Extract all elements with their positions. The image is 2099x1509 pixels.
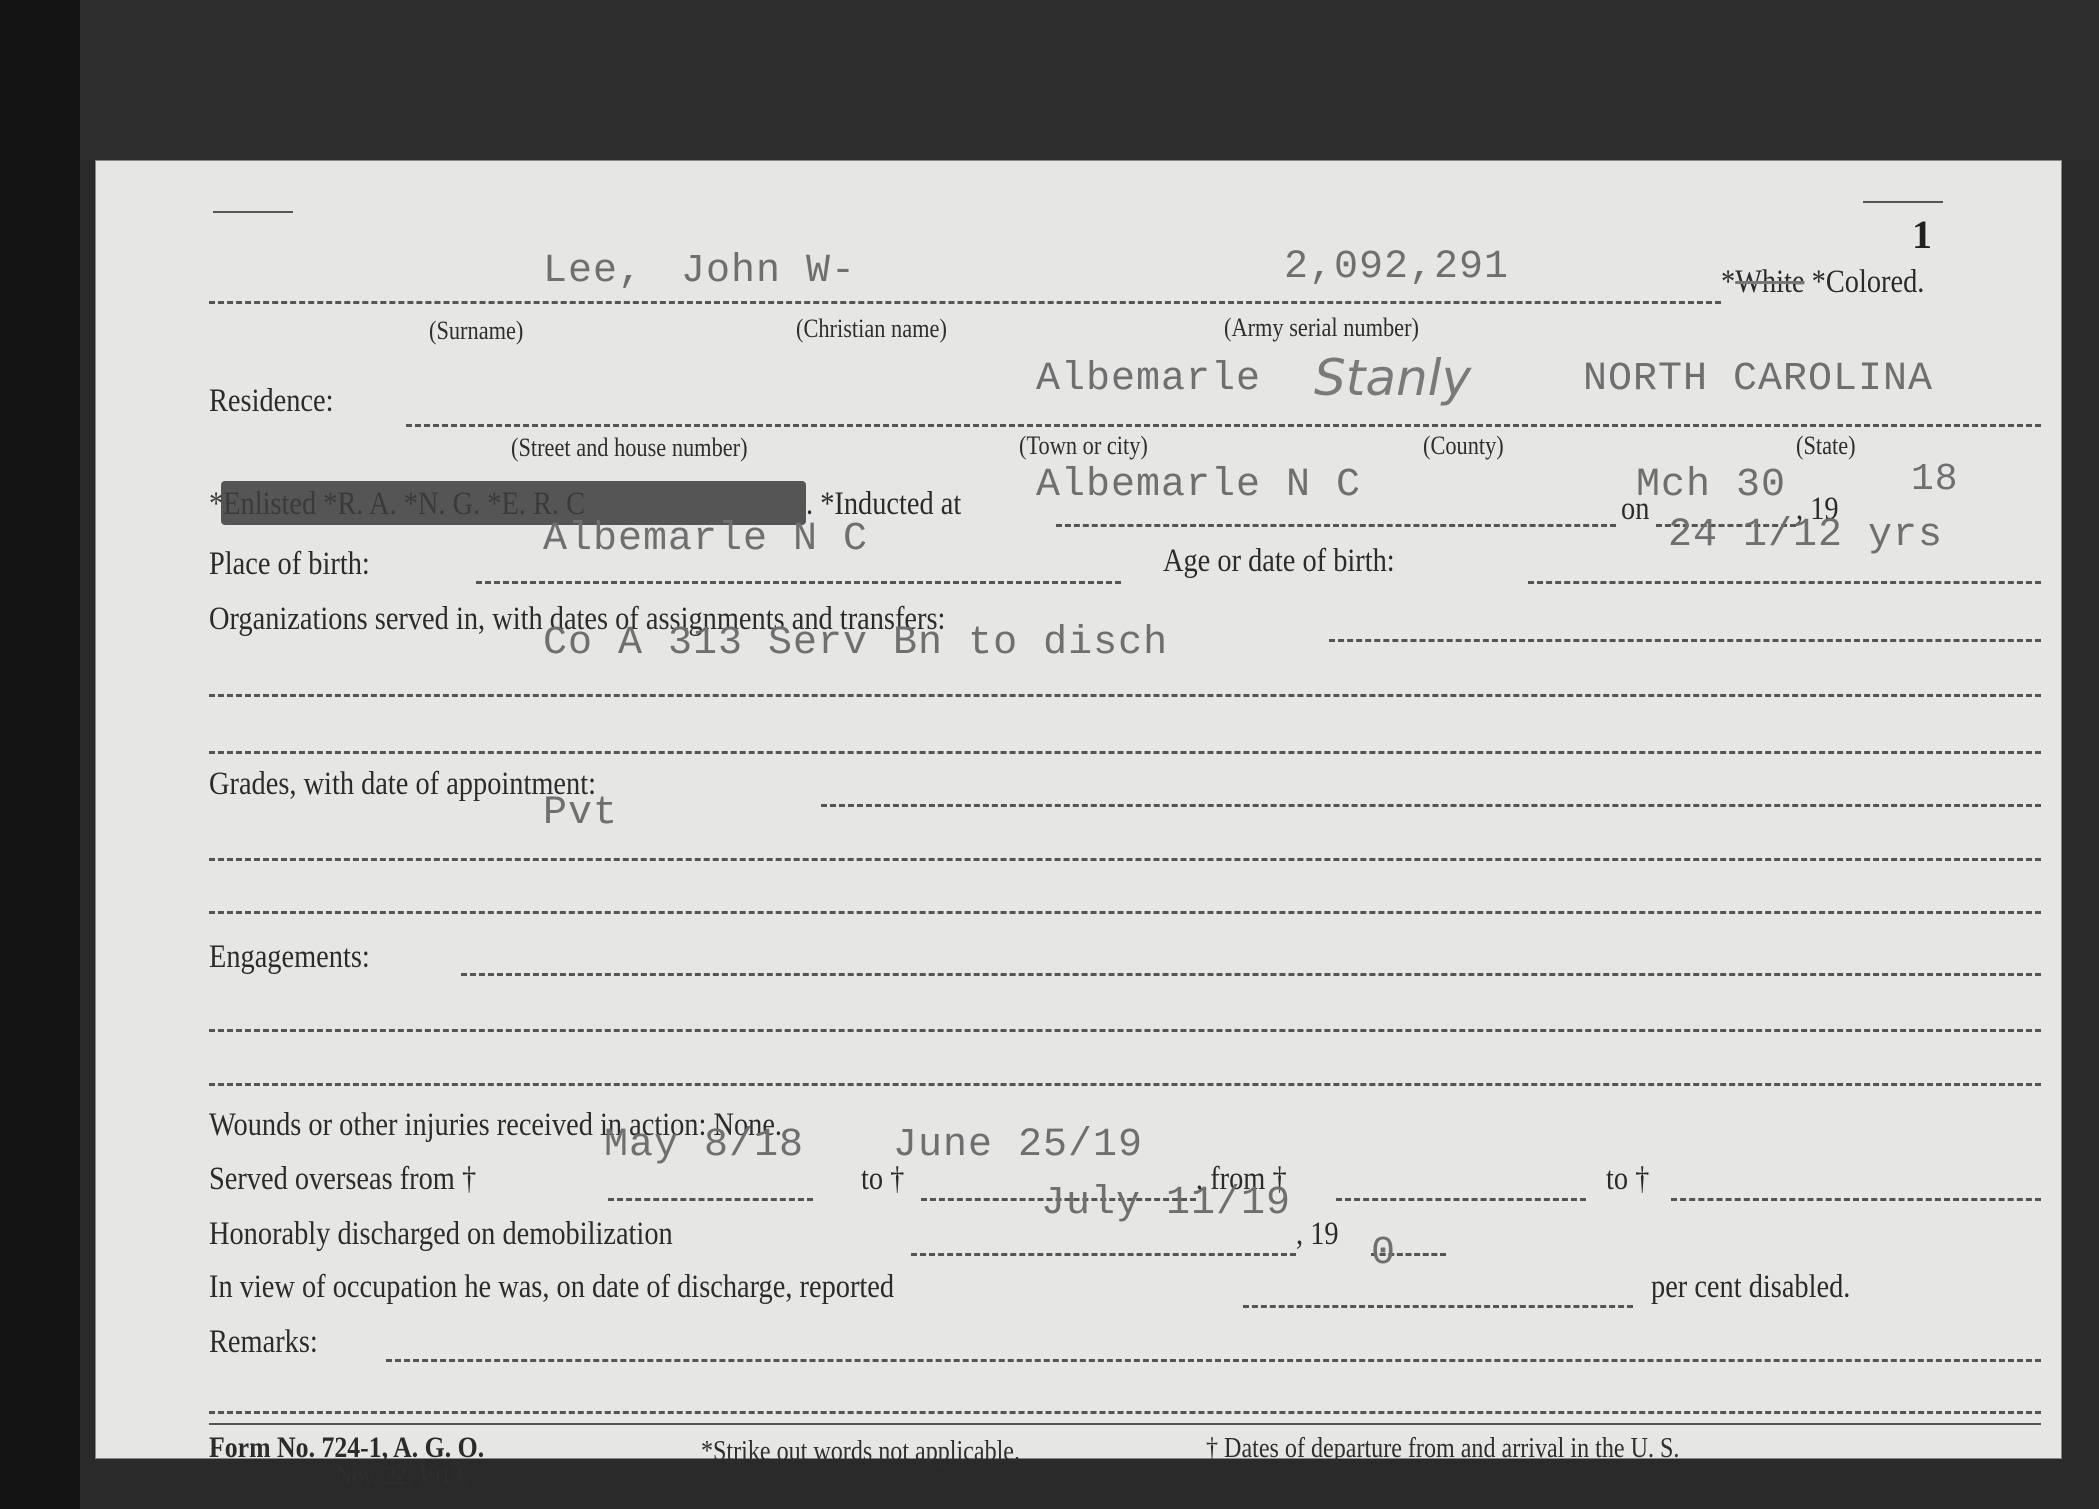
army-serial-number-value: 2,092,291	[1284, 245, 1509, 290]
age-value: 24 1/12 yrs	[1668, 513, 1943, 558]
christian-name-value: John W-	[681, 249, 856, 294]
page-number: 1	[1912, 211, 1932, 258]
organizations-line-3	[209, 751, 2041, 754]
name-line	[209, 301, 1721, 304]
strike-note: *Strike out words not applicable.	[701, 1436, 1020, 1468]
place-of-birth-label: Place of birth:	[209, 546, 370, 583]
overseas-to2-label: to †	[1606, 1161, 1649, 1198]
engagements-line-1	[461, 973, 2041, 976]
inducted-at-line	[1056, 524, 1616, 527]
discharge-label: Honorably discharged on demobilization	[209, 1216, 673, 1253]
disability-value: 0	[1371, 1231, 1396, 1276]
engagements-label: Engagements:	[209, 939, 370, 976]
form-number: Form No. 724-1, A. G. O.	[209, 1431, 484, 1465]
organizations-line-2	[209, 694, 2041, 697]
remarks-line-1	[386, 1359, 2041, 1362]
footer-rule	[209, 1423, 2041, 1425]
grades-label: Grades, with date of appointment:	[209, 766, 596, 803]
engagements-line-3	[209, 1083, 2041, 1086]
grades-line-2	[209, 858, 2041, 861]
disability-label: In view of occupation he was, on date of…	[209, 1269, 894, 1306]
enlisted-options-struck: *Enlisted *R. A. *N. G. *E. R. C	[209, 486, 585, 523]
place-of-birth-line	[476, 581, 1121, 584]
served-overseas-label: Served overseas from †	[209, 1161, 476, 1198]
scan-background-strip	[0, 0, 80, 1509]
remarks-line-2	[209, 1411, 2041, 1414]
top-left-rule	[213, 211, 293, 213]
residence-label: Residence:	[209, 383, 334, 420]
organizations-line-1	[1329, 639, 2041, 642]
engagements-line-2	[209, 1029, 2041, 1032]
remarks-label: Remarks:	[209, 1324, 318, 1361]
disability-suffix: per cent disabled.	[1651, 1269, 1850, 1306]
top-right-rule	[1863, 201, 1943, 203]
grades-line-3	[209, 911, 2041, 914]
residence-county-value: Stanly	[1314, 349, 1471, 407]
christian-name-label: (Christian name)	[796, 314, 947, 344]
inducted-at-value: Albemarle N C	[1036, 463, 1361, 508]
age-label: Age or date of birth:	[1163, 543, 1395, 580]
grades-value: Pvt	[543, 791, 618, 836]
place-of-birth-value: Albemarle N C	[543, 517, 868, 562]
grades-line-1	[821, 804, 2041, 807]
army-serial-number-label: (Army serial number)	[1224, 313, 1419, 343]
surname-value: Lee,	[543, 249, 643, 294]
residence-state-value: NORTH CAROLINA	[1583, 357, 1933, 402]
town-label: (Town or city)	[1019, 431, 1148, 461]
state-label: (State)	[1796, 431, 1856, 461]
scan-background	[80, 0, 2099, 160]
overseas-to-value: June 25/19	[893, 1123, 1143, 1168]
service-record-card: 1 Lee, John W- 2,092,291 *White *Colored…	[95, 160, 2062, 1459]
age-line	[1528, 581, 2041, 584]
organizations-value: Co A 313 Serv Bn to disch	[543, 621, 1168, 666]
discharge-date-value: July 11/19	[1041, 1181, 1291, 1226]
street-label: (Street and house number)	[511, 433, 748, 463]
overseas-from-line	[608, 1198, 813, 1201]
overseas-from-value: May 8/18	[604, 1123, 804, 1168]
overseas-from2-line	[1336, 1198, 1586, 1201]
surname-label: (Surname)	[429, 316, 523, 346]
induction-date-value: Mch 30	[1636, 463, 1786, 508]
disability-line	[1243, 1305, 1633, 1308]
residence-town-value: Albemarle	[1036, 357, 1261, 402]
induction-year-value: 18	[1911, 458, 1959, 501]
race-colored: Colored.	[1826, 264, 1925, 300]
form-date: Nov. 22, 1919.	[336, 1461, 468, 1491]
overseas-to2-line	[1671, 1198, 2041, 1201]
discharge-date-line	[911, 1253, 1296, 1256]
dates-note: † Dates of departure from and arrival in…	[1206, 1433, 1679, 1465]
residence-line	[406, 424, 2041, 427]
race-white-struck: White	[1735, 264, 1804, 300]
race-options: *White *Colored.	[1721, 264, 1924, 301]
discharge-year-label: , 19	[1296, 1216, 1339, 1253]
county-label: (County)	[1423, 431, 1504, 461]
